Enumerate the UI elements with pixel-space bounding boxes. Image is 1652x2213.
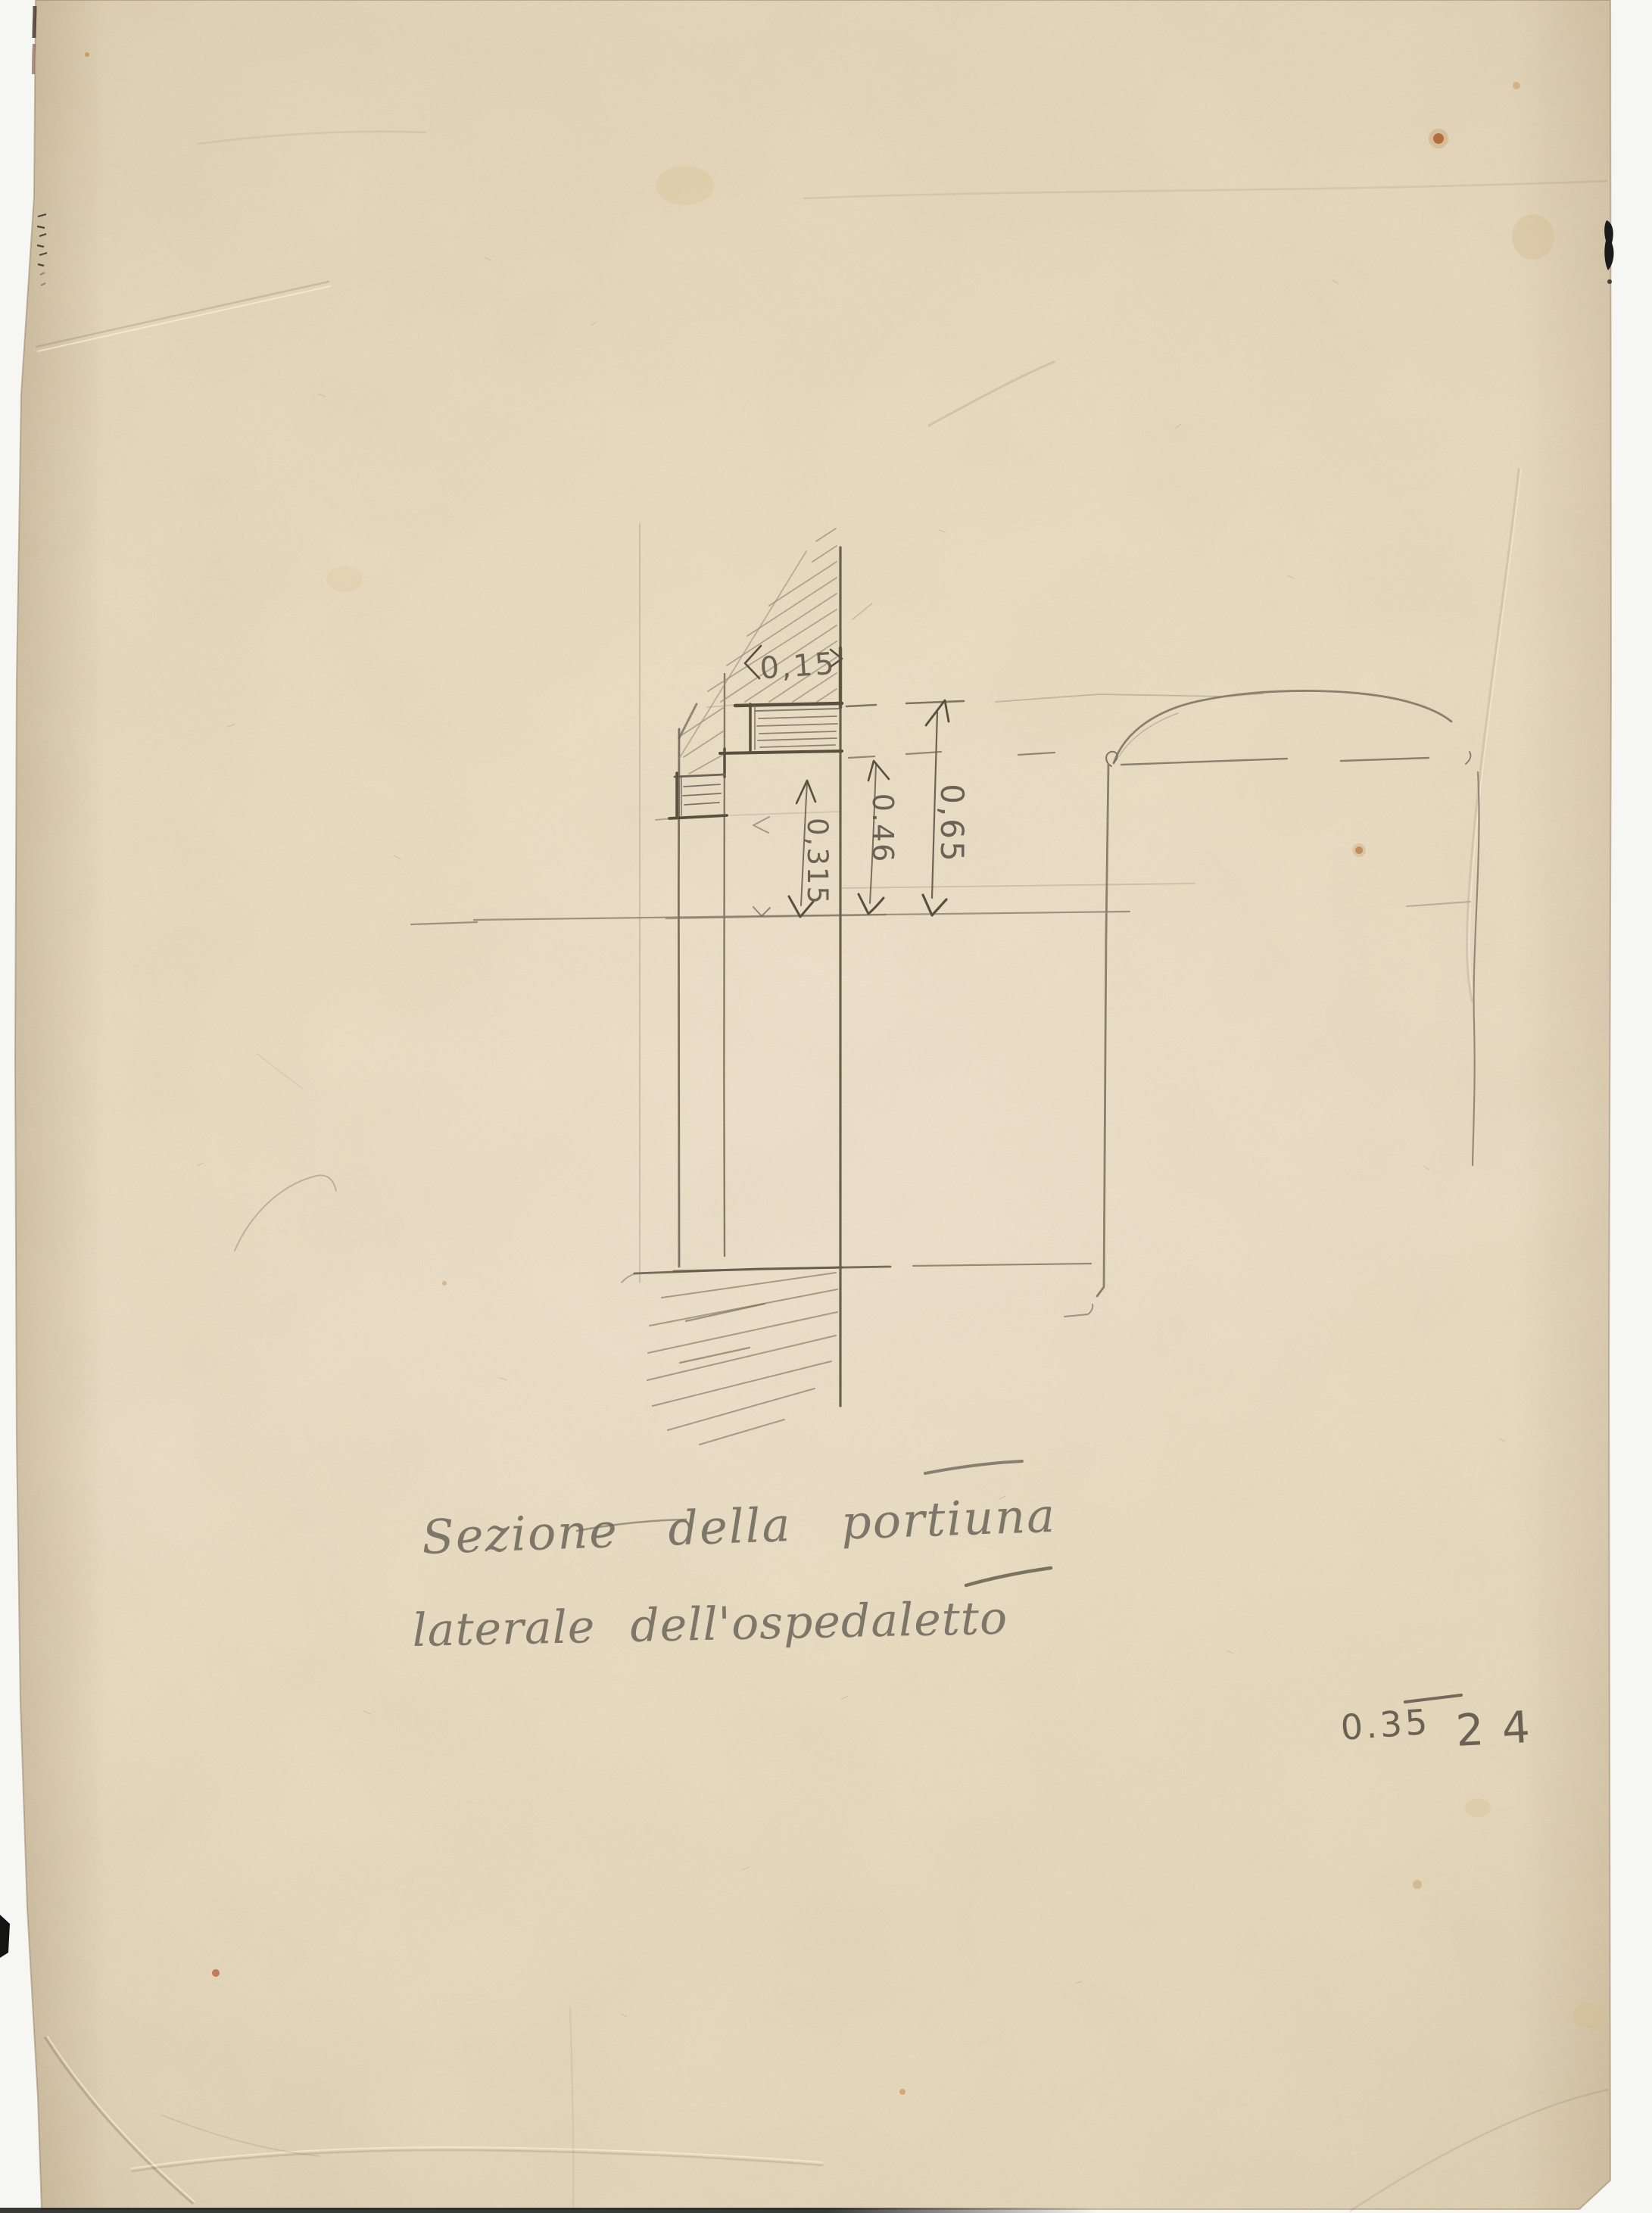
corner-note-value: 0.35	[1339, 1701, 1432, 1748]
edge-dark-mark	[34, 6, 35, 38]
sketch-scan-svg: 0,15 0,315 0.46 0,65 Sezione della porti…	[0, 0, 1652, 2213]
dimension-label-0-65: 0,65	[934, 784, 971, 864]
wall-outer-face	[678, 729, 679, 1267]
dimension-label-0-46: 0.46	[866, 793, 899, 864]
corner-note-value-2: 24	[1454, 1700, 1549, 1756]
scanned-sketch-page: 0,15 0,315 0.46 0,65 Sezione della porti…	[0, 0, 1652, 2213]
dimension-label-0-15: 0,15	[759, 647, 837, 687]
paper-texture	[0, 0, 1652, 2213]
edge-black-dot	[1607, 279, 1612, 284]
dimension-label-0-315: 0,315	[801, 818, 834, 905]
bottom-black-strip	[0, 2208, 1098, 2213]
edge-red-mark	[33, 44, 34, 74]
